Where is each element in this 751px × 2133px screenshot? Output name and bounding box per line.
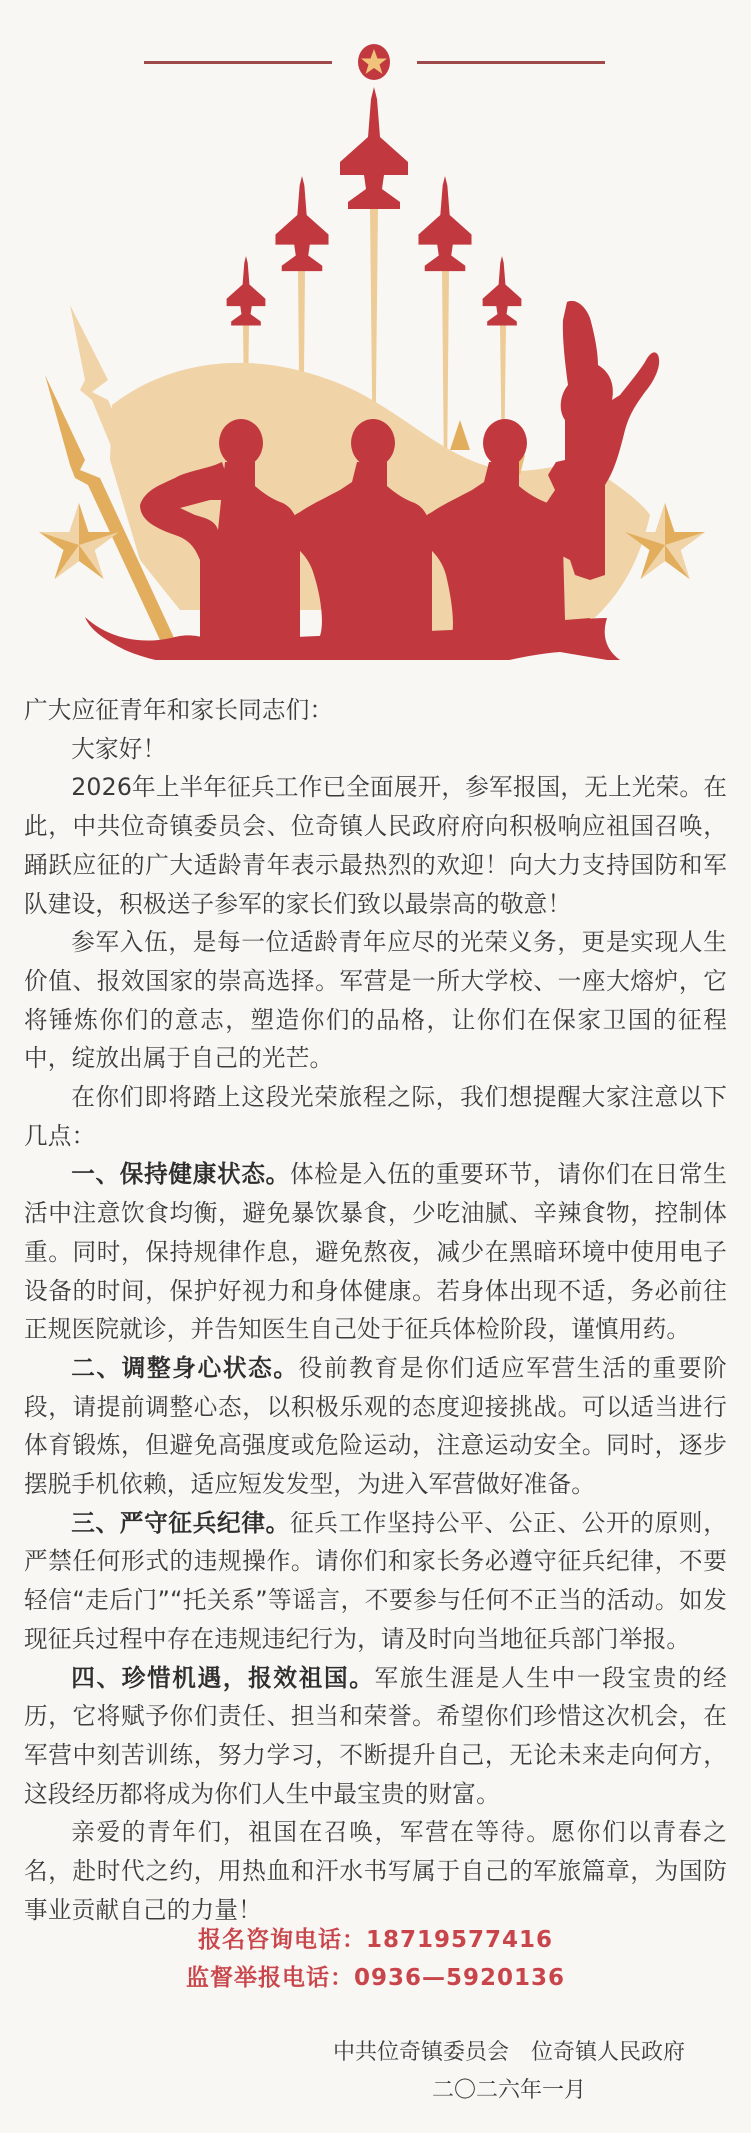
salutation: 广大应征青年和家长同志们： — [24, 691, 727, 730]
registration-hotline: 报名咨询电话：18719577416 — [0, 1921, 751, 1959]
hero-illustration — [0, 0, 751, 660]
red-star-emblem-icon — [358, 44, 390, 80]
registration-label: 报名咨询电话： — [198, 1927, 366, 1953]
report-phone[interactable]: 0936—5920136 — [354, 1965, 565, 1991]
report-hotline: 监督举报电话：0936—5920136 — [0, 1959, 751, 1997]
paragraph-reminder: 在你们即将踏上这段光荣旅程之际，我们想提醒大家注意以下几点： — [24, 1078, 727, 1155]
paragraph-intro: 2026年上半年征兵工作已全面展开，参军报国，无上光荣。在此，中共位奇镇委员会、… — [24, 768, 727, 923]
report-label: 监督举报电话： — [186, 1965, 354, 1991]
signature-date: 二〇二六年一月 — [300, 2072, 718, 2110]
paragraph-closing: 亲爱的青年们，祖国在召唤，军营在等待。愿你们以青春之名，赴时代之约，用热血和汗水… — [24, 1813, 727, 1929]
point-opportunity: 四、珍惜机遇，报效祖国。军旅生涯是人生中一段宝贵的经历，它将赋予你们责任、担当和… — [24, 1659, 727, 1814]
point-title: 一、保持健康状态。 — [71, 1160, 290, 1188]
signature-org-government: 位奇镇人民政府 — [531, 2040, 685, 2065]
paragraph-enlistment: 参军入伍，是每一位适龄青年应尽的光荣义务，更是实现人生价值、报效国家的崇高选择。… — [24, 923, 727, 1078]
point-title: 二、调整身心状态。 — [71, 1354, 299, 1382]
greeting: 大家好！ — [24, 730, 727, 769]
jet-right-inner-icon — [418, 176, 471, 271]
contact-info: 报名咨询电话：18719577416 监督举报电话：0936—5920136 — [0, 1921, 751, 1997]
point-mindset: 二、调整身心状态。役前教育是你们适应军营生活的重要阶段，请提前调整心态，以积极乐… — [24, 1349, 727, 1504]
letter-body: 广大应征青年和家长同志们： 大家好！ 2026年上半年征兵工作已全面展开，参军报… — [24, 691, 727, 1930]
point-title: 四、珍惜机遇，报效祖国。 — [71, 1664, 374, 1692]
jet-right-outer-icon — [483, 256, 522, 326]
jet-center-icon — [340, 87, 408, 209]
signature-orgs: 中共位奇镇委员会位奇镇人民政府 — [300, 2034, 718, 2072]
registration-phone[interactable]: 18719577416 — [366, 1927, 553, 1953]
point-title: 三、严守征兵纪律。 — [71, 1509, 290, 1537]
jet-left-outer-icon — [227, 256, 266, 326]
signature-org-party: 中共位奇镇委员会 — [333, 2040, 509, 2065]
point-health: 一、保持健康状态。体检是入伍的重要环节，请你们在日常生活中注意饮食均衡，避免暴饮… — [24, 1155, 727, 1349]
point-discipline: 三、严守征兵纪律。征兵工作坚持公平、公正、公开的原则，严禁任何形式的违规操作。请… — [24, 1504, 727, 1659]
jet-left-inner-icon — [275, 176, 328, 271]
signature-block: 中共位奇镇委员会位奇镇人民政府 二〇二六年一月 — [300, 2034, 718, 2110]
